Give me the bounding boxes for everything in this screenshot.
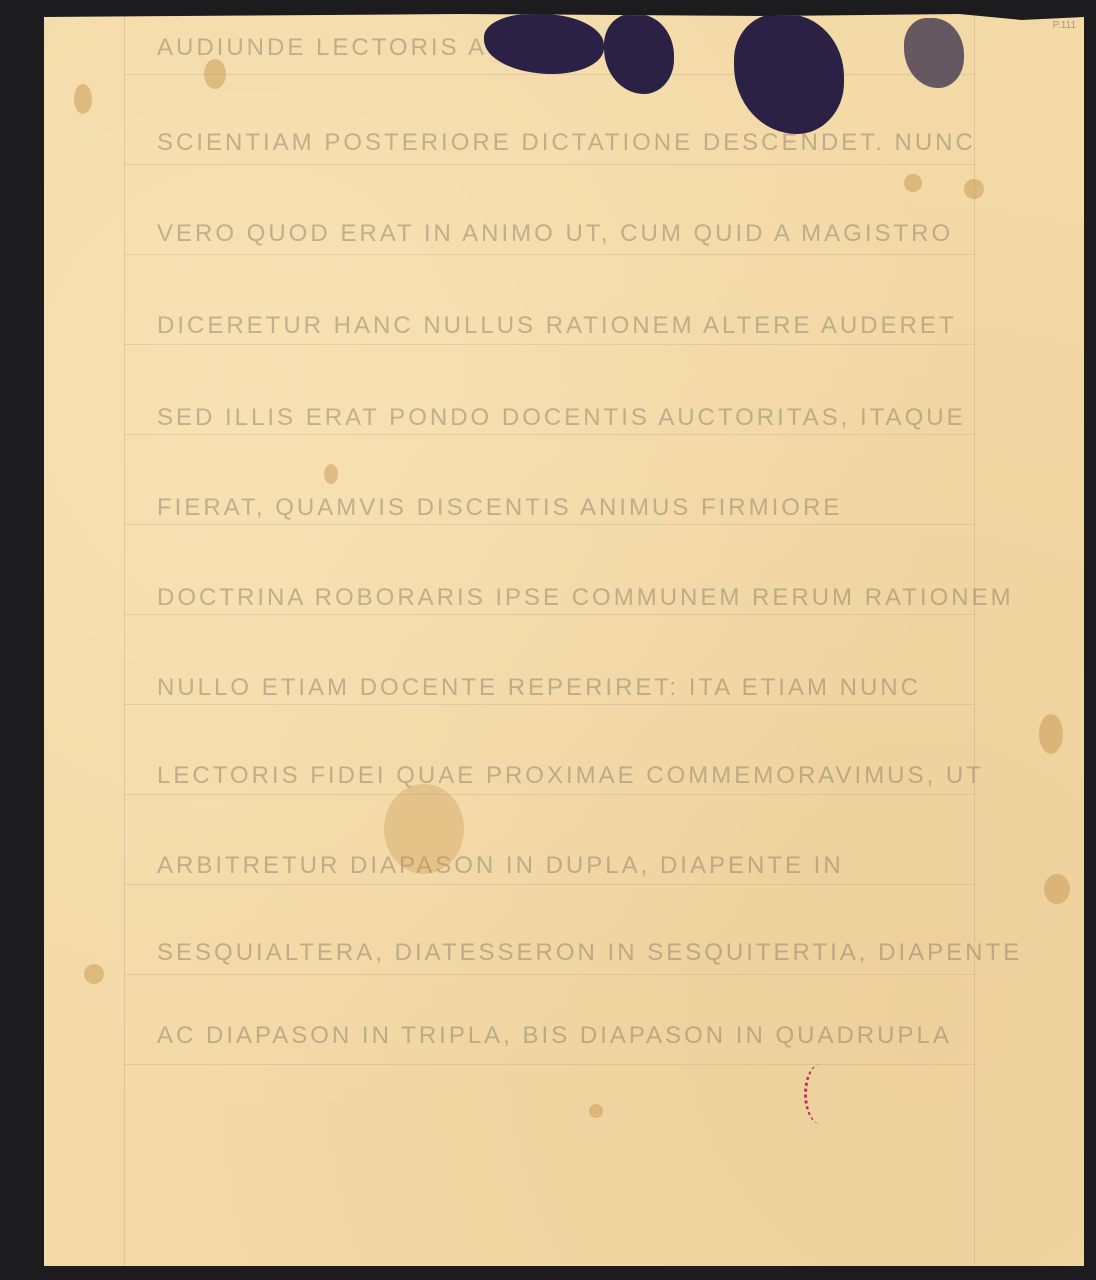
ruled-line [124,434,974,435]
text-line-3: VERO QUOD ERAT IN ANIMO UT, CUM QUID A M… [157,220,953,248]
text-line-12: AC DIAPASON IN TRIPLA, BIS DIAPASON IN Q… [157,1022,952,1050]
right-margin-line [974,14,975,1266]
text-line-1: AUDIUNDE LECTORIS AS... [157,34,535,62]
red-ink-mark [804,1064,837,1124]
stain [1039,714,1063,754]
stain [384,784,464,874]
ruled-line [124,974,974,975]
paper-sheet: AUDIUNDE LECTORIS AS... SCIENTIAM POSTER… [44,14,1084,1266]
text-line-11: SESQUIALTERA, DIATESSERON IN SESQUITERTI… [157,939,1022,967]
text-line-4: DICERETUR HANC NULLUS RATIONEM ALTERE AU… [157,312,957,340]
ruled-line [124,524,974,525]
stain [84,964,104,984]
ruled-line [124,164,974,165]
text-line-7: DOCTRINA ROBORARIS IPSE COMMUNEM RERUM R… [157,584,1014,612]
ink-blot [604,14,674,94]
stain [1044,874,1070,904]
text-line-10: ARBITRETUR DIAPASON IN DUPLA, DIAPENTE I… [157,852,844,880]
left-margin-line [124,14,125,1266]
ink-blot [484,14,604,74]
stain [324,464,338,484]
ruled-line [124,794,974,795]
ruled-line [124,614,974,615]
ruled-line [124,1064,974,1065]
ruled-line [124,704,974,705]
ink-blot [734,14,844,134]
stain [74,84,92,114]
stain [204,59,226,89]
stain [589,1104,603,1118]
text-line-6: FIERAT, QUAMVIS DISCENTIS ANIMUS FIRMIOR… [157,494,842,522]
ruled-line [124,74,974,75]
corner-mark: P.111 [1053,20,1076,31]
text-line-5: SED ILLIS ERAT PONDO DOCENTIS AUCTORITAS… [157,404,966,432]
ink-blot [904,18,964,88]
text-line-2: SCIENTIAM POSTERIORE DICTATIONE DESCENDE… [157,129,976,157]
stain [904,174,922,192]
ruled-line [124,254,974,255]
ruled-line [124,344,974,345]
text-line-8: NULLO ETIAM DOCENTE REPERIRET: ITA ETIAM… [157,674,921,702]
ruled-line [124,884,974,885]
text-line-9: LECTORIS FIDEI QUAE PROXIMAE COMMEMORAVI… [157,762,984,790]
stain [964,179,984,199]
